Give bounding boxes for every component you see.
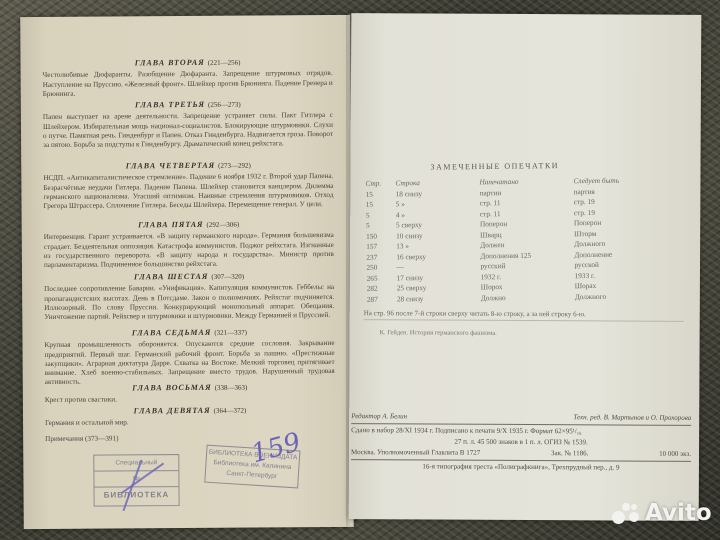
header-page: Стр. (363, 177, 393, 188)
avito-brand-text: Avito (645, 500, 712, 526)
avito-logo-icon (612, 501, 640, 525)
errata-cell-correct: Должного (573, 290, 665, 302)
errata-cell-page: 282 (365, 283, 395, 294)
chapter-summary: Интервенция. Гарант устраивается. «В защ… (44, 231, 334, 270)
print-run: 10 000 экз. (659, 449, 691, 460)
errata-source: К. Гейден. История германского фашизма. (380, 329, 497, 337)
stamp-line: БИБЛИОТЕКА (95, 487, 179, 503)
errata-cell-page: 15 (364, 188, 394, 199)
errata-cell-page: 5 (364, 209, 394, 220)
chapter-title: ГЛАВА ТРЕТЬЯ (256—273) (43, 99, 333, 111)
imprint-city-line: Москва. Уполномоченный Главлита В 1727 З… (351, 447, 691, 460)
chapter-title: ГЛАВА ДЕВЯТАЯ (364—372) (45, 405, 335, 417)
imprint-set-line: Сдано в набор 28/XI 1934 г. Подписано к … (351, 425, 691, 438)
chapter-title: ГЛАВА ЧЕТВЕРТАЯ (273—292) (43, 160, 333, 172)
errata-cell-page: 265 (365, 272, 395, 283)
errata-cell-printed: Должно (479, 291, 573, 303)
errata-cell-page: 5 (364, 220, 394, 231)
chapter-summary: НСДП. «Антикапиталистическое стремление»… (43, 172, 333, 211)
imprint-printer: 16-я типография треста «Полиграфкнига», … (351, 461, 691, 474)
avito-watermark: Avito (612, 500, 712, 526)
errata-cell-page: 157 (364, 241, 394, 252)
errata-title: ЗАМЕЧЕННЫЕ ОПЕЧАТКИ (430, 161, 559, 172)
errata-cell-page: 250 (364, 262, 394, 273)
imprint-editors: Редактор А. Белин Техн. ред. В. Мартынов… (351, 411, 691, 424)
chapter-summary: Папен выступает на арене деятельности. З… (43, 111, 333, 150)
chapter-8: ГЛАВА ВОСЬМАЯ (338—363) Крест против сва… (45, 382, 335, 406)
imprint: Редактор А. Белин Техн. ред. В. Мартынов… (351, 411, 691, 474)
chapter-title: ГЛАВА ВТОРАЯ (221—256) (43, 57, 333, 69)
chapter-4: ГЛАВА ЧЕТВЕРТАЯ (273—292) НСДП. «Антикап… (43, 160, 333, 212)
errata-cell-page: 237 (364, 251, 394, 262)
tech-editors: Техн. ред. В. Мартынов и О. Прохорова (573, 412, 691, 424)
chapter-title: ГЛАВА ВОСЬМАЯ (338—363) (45, 382, 335, 394)
order-number: Зак. № 1186. (551, 448, 588, 459)
chapter-9: ГЛАВА ДЕВЯТАЯ (364—372) Германия и остал… (45, 405, 335, 429)
errata-cell-page: 15 (364, 199, 394, 210)
chapter-7: ГЛАВА СЕДЬМАЯ (321—337) Крупная промышле… (44, 327, 334, 388)
chapter-2: ГЛАВА ВТОРАЯ (221—256) Честолюбивые Дюфа… (43, 57, 333, 99)
chapter-summary: Честолюбивые Дюфаранты. Разобщение Дюфар… (43, 69, 333, 99)
errata-table: Стр. Строка Напечатано Следует быть 1518… (363, 174, 665, 304)
chapter-summary: Крупная промышленность обороняется. Опус… (44, 339, 334, 388)
chapter-3: ГЛАВА ТРЕТЬЯ (256—273) Папен выступает н… (43, 99, 333, 151)
editor: Редактор А. Белин (351, 411, 407, 422)
chapter-6: ГЛАВА ШЕСТАЯ (307—320) Последнее сопроти… (44, 271, 334, 323)
errata-cell-page: 150 (364, 230, 394, 241)
errata-cell-line: 28 снизу (395, 292, 479, 304)
left-page: ГЛАВА ВТОРАЯ (221—256) Честолюбивые Дюфа… (20, 15, 354, 529)
chapter-title: ГЛАВА ШЕСТАЯ (307—320) (44, 271, 334, 283)
chapter-5: ГЛАВА ПЯТАЯ (292—306) Интервенция. Гаран… (44, 219, 334, 271)
chapter-summary: Последнее сопротивление Баварии. «Унифик… (44, 283, 334, 322)
chapter-title: ГЛАВА СЕДЬМАЯ (321—337) (44, 327, 334, 339)
errata-cell-page: 287 (365, 293, 395, 304)
right-page: ЗАМЕЧЕННЫЕ ОПЕЧАТКИ Стр. Строка Напечата… (349, 13, 702, 521)
chapter-summary: Германия и остальной мир. (45, 417, 335, 428)
chapter-summary: Крест против свастики. (45, 394, 335, 405)
chapter-title: ГЛАВА ПЯТАЯ (292—306) (44, 219, 334, 231)
divider (364, 319, 684, 322)
city: Москва. Уполномоченный Главлита В 1727 (351, 447, 480, 459)
errata-note: На стр. 96 после 7-й строки сверху читат… (364, 309, 674, 319)
